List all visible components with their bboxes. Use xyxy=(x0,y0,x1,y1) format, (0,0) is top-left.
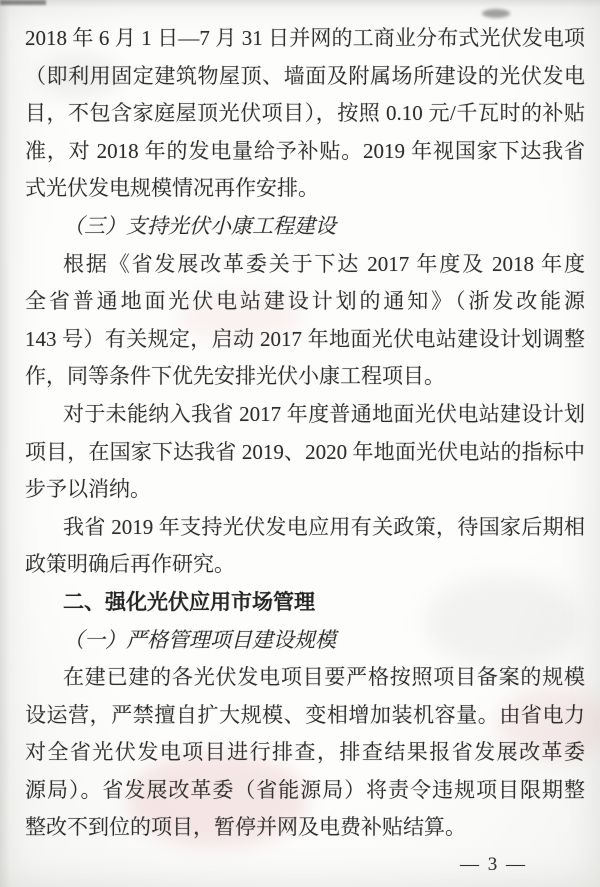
text-line: 设运营，严禁擅自扩大规模、变相增加装机容量。由省电力公司 xyxy=(25,697,585,735)
text-line: 目，不包含家庭屋顶光伏项目），按照 0.10 元/千瓦时的补贴标 xyxy=(25,95,585,133)
text-line: 2018 年 6 月 1 日—7 月 31 日并网的工商业分布式光伏发电项目 xyxy=(25,20,585,58)
text-line: 对于未能纳入我省 2017 年度普通地面光伏电站建设计划的 xyxy=(25,396,585,434)
text-line: 步予以消纳。 xyxy=(25,471,585,509)
text-line: 准，对 2018 年的发电量给予补贴。2019 年视国家下达我省分布 xyxy=(25,133,585,171)
text-line: 作，同等条件下优先安排光伏小康工程项目。 xyxy=(25,358,585,396)
document-page: 2018 年 6 月 1 日—7 月 31 日并网的工商业分布式光伏发电项目 （… xyxy=(0,0,600,887)
text-line: 根据《省发展改革委关于下达 2017 年度及 2018 年度（部分） xyxy=(25,246,585,284)
text-line: 式光伏发电规模情况再作安排。 xyxy=(25,170,585,208)
text-line: 在建已建的各光伏发电项目要严格按照项目备案的规模建 xyxy=(25,659,585,697)
sub-heading: （一）严格管理项目建设规模 xyxy=(25,622,585,660)
sub-heading: （三）支持光伏小康工程建设 xyxy=(25,208,585,246)
page-number: — 3 — xyxy=(25,850,585,880)
text-line: 整改不到位的项目，暂停并网及电费补贴结算。 xyxy=(25,809,585,847)
text-line: 我省 2019 年支持光伏发电应用有关政策，待国家后期相关 xyxy=(25,509,585,547)
text-line: 143 号）有关规定，启动 2017 年地面光伏电站建设计划调整工 xyxy=(25,321,585,359)
text-line: 全省普通地面光伏电站建设计划的通知》（浙发改能源〔2018〕 xyxy=(25,283,585,321)
text-line: （即利用固定建筑物屋顶、墙面及附属场所建设的光伏发电项 xyxy=(25,58,585,96)
text-line: 项目，在国家下达我省 2019、2020 年地面光伏电站的指标中逐 xyxy=(25,434,585,472)
section-heading: 二、强化光伏应用市场管理 xyxy=(25,584,585,622)
text-line: 对全省光伏发电项目进行排查，排查结果报省发展改革委（省能 xyxy=(25,734,585,772)
document-text: 2018 年 6 月 1 日—7 月 31 日并网的工商业分布式光伏发电项目 （… xyxy=(0,0,600,880)
text-line: 源局）。省发展改革委（省能源局）将责令违规项目限期整改， xyxy=(25,772,585,810)
text-line: 政策明确后再作研究。 xyxy=(25,546,585,584)
